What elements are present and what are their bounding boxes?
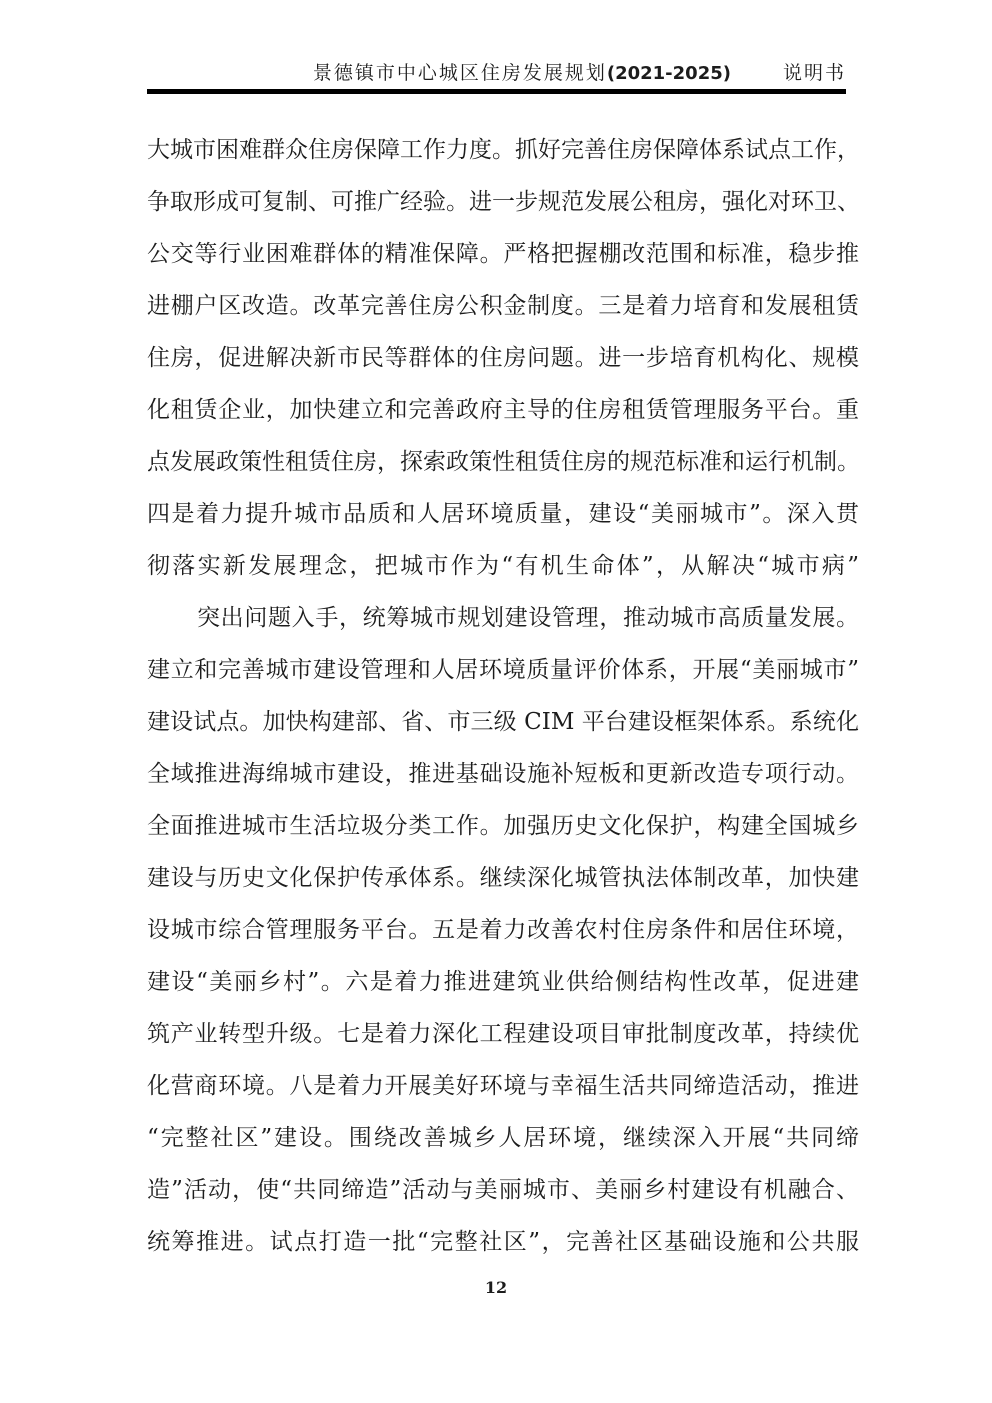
text-line: 化营商环境。八是着力开展美好环境与幸福生活共同缔造活动，推进	[147, 1060, 859, 1112]
text-line: 造”活动，使“共同缔造”活动与美丽城市、美丽乡村建设有机融合、	[147, 1164, 859, 1216]
page-footer: 12	[0, 1278, 992, 1297]
text-line: “完整社区”建设。围绕改善城乡人居环境，继续深入开展“共同缔	[147, 1112, 859, 1164]
header-title-years: (2021-2025)	[607, 63, 731, 84]
text-line: 全面推进城市生活垃圾分类工作。加强历史文化保护，构建全国城乡	[147, 800, 859, 852]
text-line: 点发展政策性租赁住房，探索政策性租赁住房的规范标准和运行机制。	[147, 436, 859, 488]
header-title: 景德镇市中心城区住房发展规划(2021-2025)	[313, 58, 731, 85]
text-line: 大城市困难群众住房保障工作力度。抓好完善住房保障体系试点工作，	[147, 124, 859, 176]
text-line: 筑产业转型升级。七是着力深化工程建设项目审批制度改革，持续优	[147, 1008, 859, 1060]
text-line: 设城市综合管理服务平台。五是着力改善农村住房条件和居住环境，	[147, 904, 859, 956]
text-line: 公交等行业困难群体的精准保障。严格把握棚改范围和标准，稳步推	[147, 228, 859, 280]
text-line: 建设与历史文化保护传承体系。继续深化城管执法体制改革，加快建	[147, 852, 859, 904]
header-title-text: 景德镇市中心城区住房发展规划	[313, 62, 607, 84]
text-line: 争取形成可复制、可推广经验。进一步规范发展公租房，强化对环卫、	[147, 176, 859, 228]
header-doc-label: 说明书	[783, 58, 846, 85]
text-line: 彻落实新发展理念，把城市作为“有机生命体”，从解决“城市病”	[147, 540, 859, 592]
text-line: 全域推进海绵城市建设，推进基础设施补短板和更新改造专项行动。	[147, 748, 859, 800]
header-rule	[147, 89, 846, 94]
text-line-paragraph-start: 突出问题入手，统筹城市规划建设管理，推动城市高质量发展。	[147, 592, 859, 644]
document-body: 大城市困难群众住房保障工作力度。抓好完善住房保障体系试点工作， 争取形成可复制、…	[147, 124, 859, 1268]
document-page: 景德镇市中心城区住房发展规划(2021-2025) 说明书 大城市困难群众住房保…	[0, 0, 992, 1403]
text-line: 建立和完善城市建设管理和人居环境质量评价体系，开展“美丽城市”	[147, 644, 859, 696]
text-line: 建设“美丽乡村”。六是着力推进建筑业供给侧结构性改革，促进建	[147, 956, 859, 1008]
text-line: 统筹推进。试点打造一批“完整社区”，完善社区基础设施和公共服	[147, 1216, 859, 1268]
text-line: 进棚户区改造。改革完善住房公积金制度。三是着力培育和发展租赁	[147, 280, 859, 332]
text-line: 四是着力提升城市品质和人居环境质量，建设“美丽城市”。深入贯	[147, 488, 859, 540]
text-line: 住房，促进解决新市民等群体的住房问题。进一步培育机构化、规模	[147, 332, 859, 384]
text-line: 建设试点。加快构建部、省、市三级 CIM 平台建设框架体系。系统化	[147, 696, 859, 748]
page-header: 景德镇市中心城区住房发展规划(2021-2025) 说明书	[147, 58, 846, 85]
page-number: 12	[485, 1278, 507, 1297]
text-line: 化租赁企业，加快建立和完善政府主导的住房租赁管理服务平台。重	[147, 384, 859, 436]
